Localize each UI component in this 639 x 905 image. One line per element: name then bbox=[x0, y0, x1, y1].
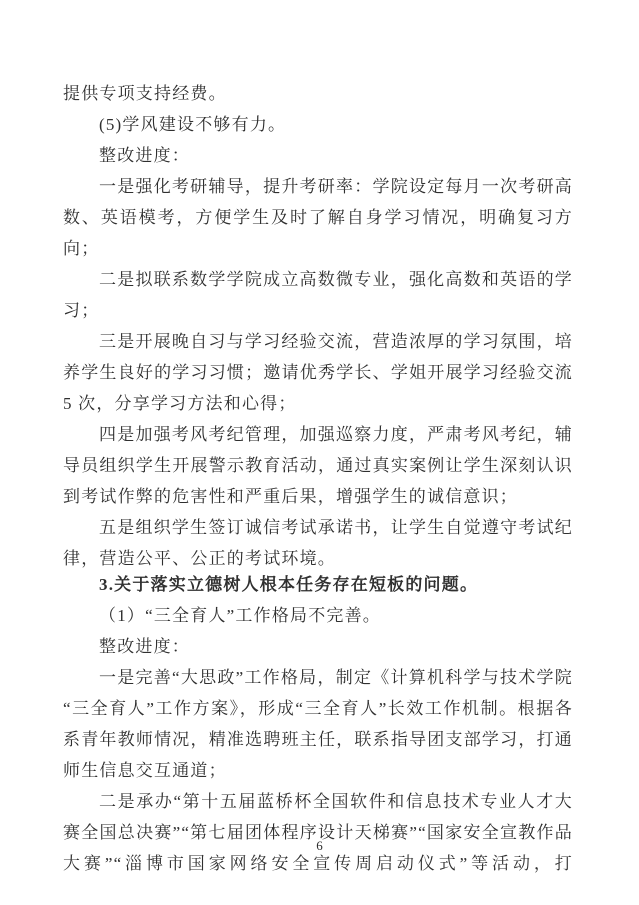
paragraph: 二是拟联系数学学院成立高数微专业，强化高数和英语的学习； bbox=[63, 264, 573, 326]
paragraph: （1）“三全育人”工作格局不完善。 bbox=[63, 600, 573, 631]
paragraph: 五是组织学生签订诚信考试承诺书，让学生自觉遵守考试纪律，营造公平、公正的考试环境… bbox=[63, 512, 573, 574]
document-page: 提供专项支持经费。(5)学风建设不够有力。整改进度：一是强化考研辅导，提升考研率… bbox=[0, 0, 639, 905]
page-number: 6 bbox=[0, 838, 639, 854]
paragraph: 3.关于落实立德树人根本任务存在短板的问题。 bbox=[63, 569, 573, 600]
paragraph: 四是加强考风考纪管理，加强巡察力度，严肃考风考纪，辅导员组织学生开展警示教育活动… bbox=[63, 419, 573, 512]
paragraph: (5)学风建设不够有力。 bbox=[63, 109, 573, 140]
paragraph: 二是承办“第十五届蓝桥杯全国软件和信息技术专业人才大赛全国总决赛”“第七届团体程… bbox=[63, 786, 573, 879]
paragraph: 提供专项支持经费。 bbox=[63, 78, 573, 109]
paragraph: 一是强化考研辅导，提升考研率：学院设定每月一次考研高数、英语模考，方便学生及时了… bbox=[63, 171, 573, 264]
document-body: 提供专项支持经费。(5)学风建设不够有力。整改进度：一是强化考研辅导，提升考研率… bbox=[63, 78, 573, 879]
paragraph: 三是开展晚自习与学习经验交流，营造浓厚的学习氛围，培养学生良好的学习习惯；邀请优… bbox=[63, 326, 573, 419]
paragraph: 整改进度： bbox=[63, 140, 573, 171]
paragraph: 一是完善“大思政”工作格局，制定《计算机科学与技术学院“三全育人”工作方案》，形… bbox=[63, 662, 573, 786]
paragraph: 整改进度： bbox=[63, 631, 573, 662]
